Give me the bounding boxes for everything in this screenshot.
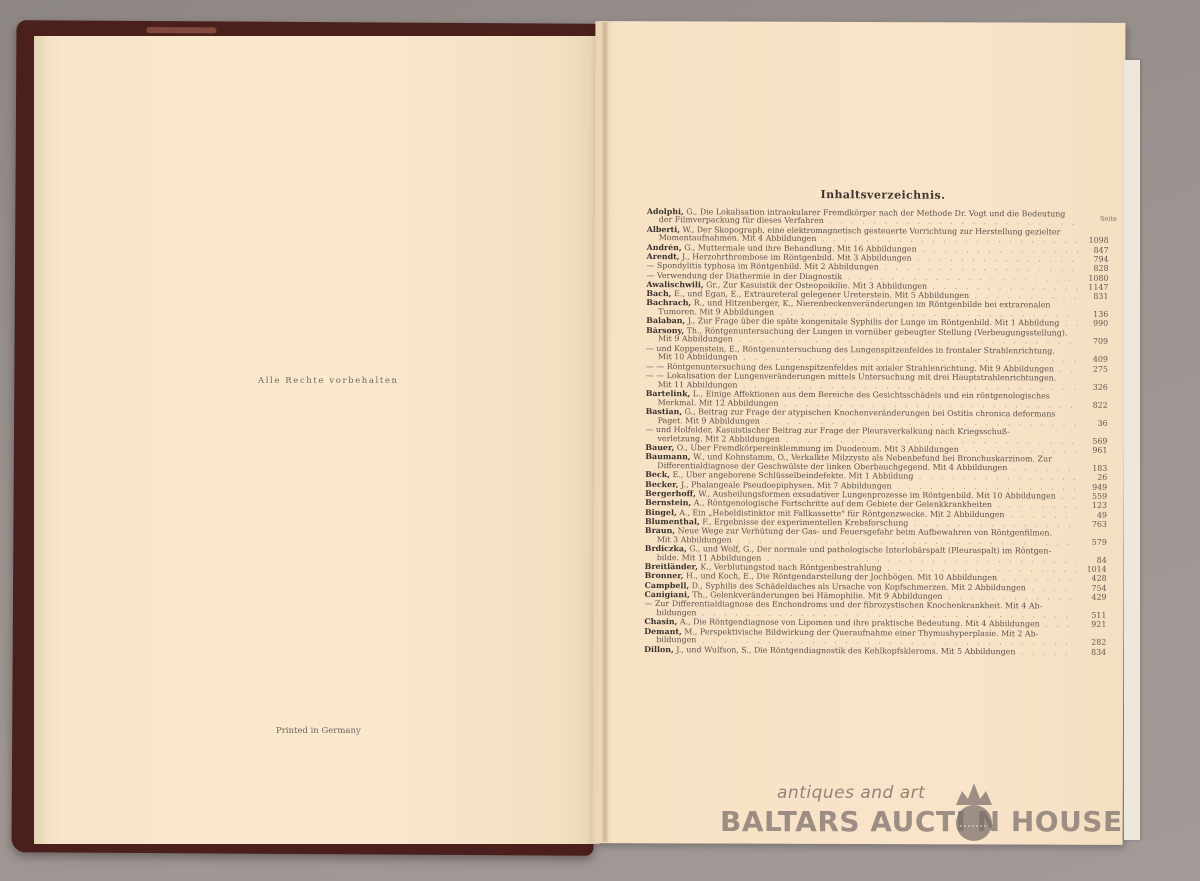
toc-entry: — — Lokalisation der Lungenveränderungen… xyxy=(646,372,1108,392)
toc-page-number: 26 xyxy=(1079,474,1107,483)
toc-author: Bastian, xyxy=(646,408,683,416)
toc-author: Andrén, xyxy=(647,244,682,252)
leader-dots: . . . . . . . . . . . . . . . . . . . . … xyxy=(879,263,1079,274)
toc-title-text: E., Über angeborene Schlüsselbeindefekte… xyxy=(670,471,914,481)
toc-page-number: 428 xyxy=(1079,575,1107,584)
toc-title-text: J., Herzohrthrombose im Röntgenbild. Mit… xyxy=(680,253,912,263)
toc-page-number: 429 xyxy=(1078,594,1106,603)
toc-page-number: 990 xyxy=(1080,320,1108,329)
toc-author: Breitländer, xyxy=(645,563,698,571)
toc-author: Baumann, xyxy=(645,453,690,461)
toc-title-text: A., Röntgenologische Fortschritte auf de… xyxy=(691,499,992,509)
toc-page-number: 709 xyxy=(1080,338,1108,347)
leader-dots: . . . . . . . . . . . . . . . . . . . . … xyxy=(913,472,1077,483)
toc-page-number: 763 xyxy=(1079,521,1107,530)
toc-author: Braun, xyxy=(645,527,675,535)
toc-title-text: J., und Wulfson, S., Die Röntgendiagnost… xyxy=(674,646,1016,656)
toc-author: Bauer, xyxy=(645,444,674,452)
leader-dots: . . . . . . . . . . . . . . . . . . . . … xyxy=(1054,364,1078,374)
toc-author: Campbell, xyxy=(645,582,690,590)
toc-author: Bársony, xyxy=(646,327,684,335)
toc-author: Balaban, xyxy=(646,317,685,325)
toc-entry: — Zur Differentialdiagnose des Enchondro… xyxy=(644,600,1106,620)
toc-title-text: Th., Gelenkveränderungen bei Hämophilie.… xyxy=(690,591,943,601)
toc-page-number: 123 xyxy=(1079,502,1107,511)
toc-page-number: 282 xyxy=(1078,639,1106,648)
toc-entry: Demant, M., Perspektivische Bildwirkung … xyxy=(644,628,1106,648)
toc-page-number: 36 xyxy=(1080,419,1108,428)
leader-dots: . . . . . . . . . . . . . . . . . . . . … xyxy=(927,282,1078,293)
toc-author: Awalischwili, xyxy=(646,281,703,289)
toc-author: Demant, xyxy=(644,628,682,636)
page-block-edge xyxy=(34,36,46,844)
loose-sheet-edge xyxy=(1124,60,1140,840)
leader-dots: . . . . . . . . . . . . . . . . . . . . … xyxy=(917,244,1079,255)
leader-dots: . . . . . . . . . . . . . . . . . . . . … xyxy=(842,272,1078,283)
toc-title-text: — Verwendung der Diathermie in der Diagn… xyxy=(646,272,842,281)
toc-entry: — und Koppenstein, E., Röntgenuntersuchu… xyxy=(646,345,1108,365)
toc-entry-line: Dillon, J., und Wulfson, S., Die Röntgen… xyxy=(644,646,1076,657)
toc-title-text: G., Muttermale und ihre Behandlung. Mit … xyxy=(682,244,917,254)
toc-author: Bernstein, xyxy=(645,499,691,507)
leader-dots: . . . . . . . . . . . . . . . . . . . . … xyxy=(1015,647,1076,657)
toc-title-text: A., Ein „Hebeldistinktor mit Fallkassett… xyxy=(677,509,1005,519)
toc-author: Bach, xyxy=(646,290,671,298)
leader-dots: . . . . . . . . . . . . . . . . . . . . … xyxy=(1026,583,1077,593)
toc-page-number: 579 xyxy=(1079,539,1107,548)
book-spine-gutter xyxy=(601,22,609,842)
leader-dots: . . . . . . . . . . . . . . . . . . . . … xyxy=(1059,319,1078,329)
leader-dots: . . . . . . . . . . . . . . . . . . . . … xyxy=(942,592,1076,603)
left-page xyxy=(34,36,600,844)
leader-dots: . . . . . . . . . . . . . . . . . . . . … xyxy=(908,518,1077,529)
toc-author: Brdiczka, xyxy=(645,545,687,553)
toc-title-text: E., und Egan, E., Extraureteral gelegene… xyxy=(671,290,969,300)
leader-dots: . . . . . . . . . . . . . . . . . . . . … xyxy=(912,254,1079,265)
toc-page-number: 275 xyxy=(1080,365,1108,374)
toc-title-text: W., Ausheilungsformen exsudativer Lungen… xyxy=(696,490,1056,501)
rights-notice: Alle Rechte vorbehalten xyxy=(258,376,399,386)
toc-author: Dillon, xyxy=(644,646,674,654)
toc-author: Becker, xyxy=(645,481,678,489)
toc-title-text: H., und Koch, E., Die Röntgendarstellung… xyxy=(684,572,998,582)
toc-title-text: F., Ergebnisse der experimentellen Krebs… xyxy=(700,518,909,528)
toc-page-number: 834 xyxy=(1078,648,1106,657)
toc-page-number: 831 xyxy=(1080,293,1108,302)
printed-notice: Printed in Germany xyxy=(276,726,361,736)
toc-page-number: 961 xyxy=(1079,447,1107,456)
leader-dots: . . . . . . . . . . . . . . . . . . . . … xyxy=(997,574,1077,584)
toc-author: Bachrach, xyxy=(646,299,691,307)
toc-author: Alberti, xyxy=(647,226,680,234)
leader-dots: . . . . . . . . . . . . . . . . . . . . … xyxy=(1040,620,1077,630)
leader-dots: . . . . . . . . . . . . . . . . . . . . … xyxy=(1005,510,1078,520)
leader-dots: . . . . . . . . . . . . . . . . . . . . … xyxy=(1007,463,1077,473)
toc-page-number: 822 xyxy=(1080,401,1108,410)
toc-entry: Brdiczka, G., und Wolf, G., Der normale … xyxy=(645,545,1107,565)
toc-page-number: 921 xyxy=(1078,621,1106,630)
leader-dots: . . . . . . . . . . . . . . . . . . . . … xyxy=(992,500,1077,510)
leader-dots: . . . . . . . . . . . . . . . . . . . . … xyxy=(892,481,1078,492)
toc-author: Adolphi, xyxy=(647,208,684,216)
toc-author: Bartelink, xyxy=(646,390,691,398)
toc-entry: Alberti, W., Der Skopograph, eine elektr… xyxy=(647,226,1109,246)
leader-dots: . . . . . . . . . . . . . . . . . . . . … xyxy=(882,564,1077,575)
toc-title-text: — Spondylitis typhosa im Röntgenbild. Mi… xyxy=(647,262,879,271)
toc-entry: Adolphi, G., Die Lokalisation intraokula… xyxy=(647,208,1109,228)
leader-dots: . . . . . . . . . . . . . . . . . . . . … xyxy=(1056,491,1077,501)
toc-page-number: 409 xyxy=(1080,356,1108,365)
toc-entry: Baumann, W., und Kohnstamm, O., Verkalkt… xyxy=(645,453,1107,473)
toc-entry: Bartelink, L., Einige Affektionen aus de… xyxy=(646,390,1108,410)
toc-title-text: Gr., Zur Kasuistik der Osteopoikilie. Mi… xyxy=(704,281,928,291)
toc-title: Inhaltsverzeichnis. xyxy=(657,190,1109,201)
toc-title-text: K., Verblutungstod nach Röntgenbestrahlu… xyxy=(698,563,882,572)
leader-dots: . . . . . . . . . . . . . . . . . . . . … xyxy=(959,445,1078,455)
toc-entry: Bársony, Th., Röntgenuntersuchung der Lu… xyxy=(646,327,1108,347)
leader-dots: . . . . . . . . . . . . . . . . . . . . … xyxy=(969,291,1078,301)
toc-author: Canigiani, xyxy=(645,591,690,599)
toc-title-text: D., Syphilis des Schädeldaches als Ursac… xyxy=(689,582,1026,592)
toc-entry: Bastian, G., Beitrag zur Frage der atypi… xyxy=(646,408,1108,428)
worn-cover-edge xyxy=(146,27,216,33)
toc-title-text: O., Über Fremdkörpereinklemmung im Duode… xyxy=(674,444,959,454)
toc-title-text: J., Phalangeale Pseudoepiphysen. Mit 7 A… xyxy=(678,481,891,491)
toc-page-number: 828 xyxy=(1080,265,1108,274)
toc-page-number: 326 xyxy=(1080,383,1108,392)
toc-entries: Adolphi, G., Die Lokalisation intraokula… xyxy=(644,208,1109,657)
toc-page-number: 1098 xyxy=(1081,237,1109,246)
toc-author: Beck, xyxy=(645,471,670,479)
toc-entry: Braun, Neue Wege zur Verhütung der Gas- … xyxy=(645,527,1107,547)
toc-entry: Bachrach, R., und Hitzenberger, K., Nier… xyxy=(646,299,1108,319)
toc-author: Bronner, xyxy=(645,572,684,580)
toc-author: Bingel, xyxy=(645,509,677,517)
toc-author: Blumenthal, xyxy=(645,518,700,526)
table-of-contents: Inhaltsverzeichnis. Seite Adolphi, G., D… xyxy=(644,190,1109,658)
toc-entry: — und Holfelder, Kasuistischer Beitrag z… xyxy=(645,426,1107,446)
toc-author: Arendt, xyxy=(647,253,680,261)
toc-author: Chasin, xyxy=(644,618,677,626)
toc-author: Bergerhoff, xyxy=(645,490,696,498)
